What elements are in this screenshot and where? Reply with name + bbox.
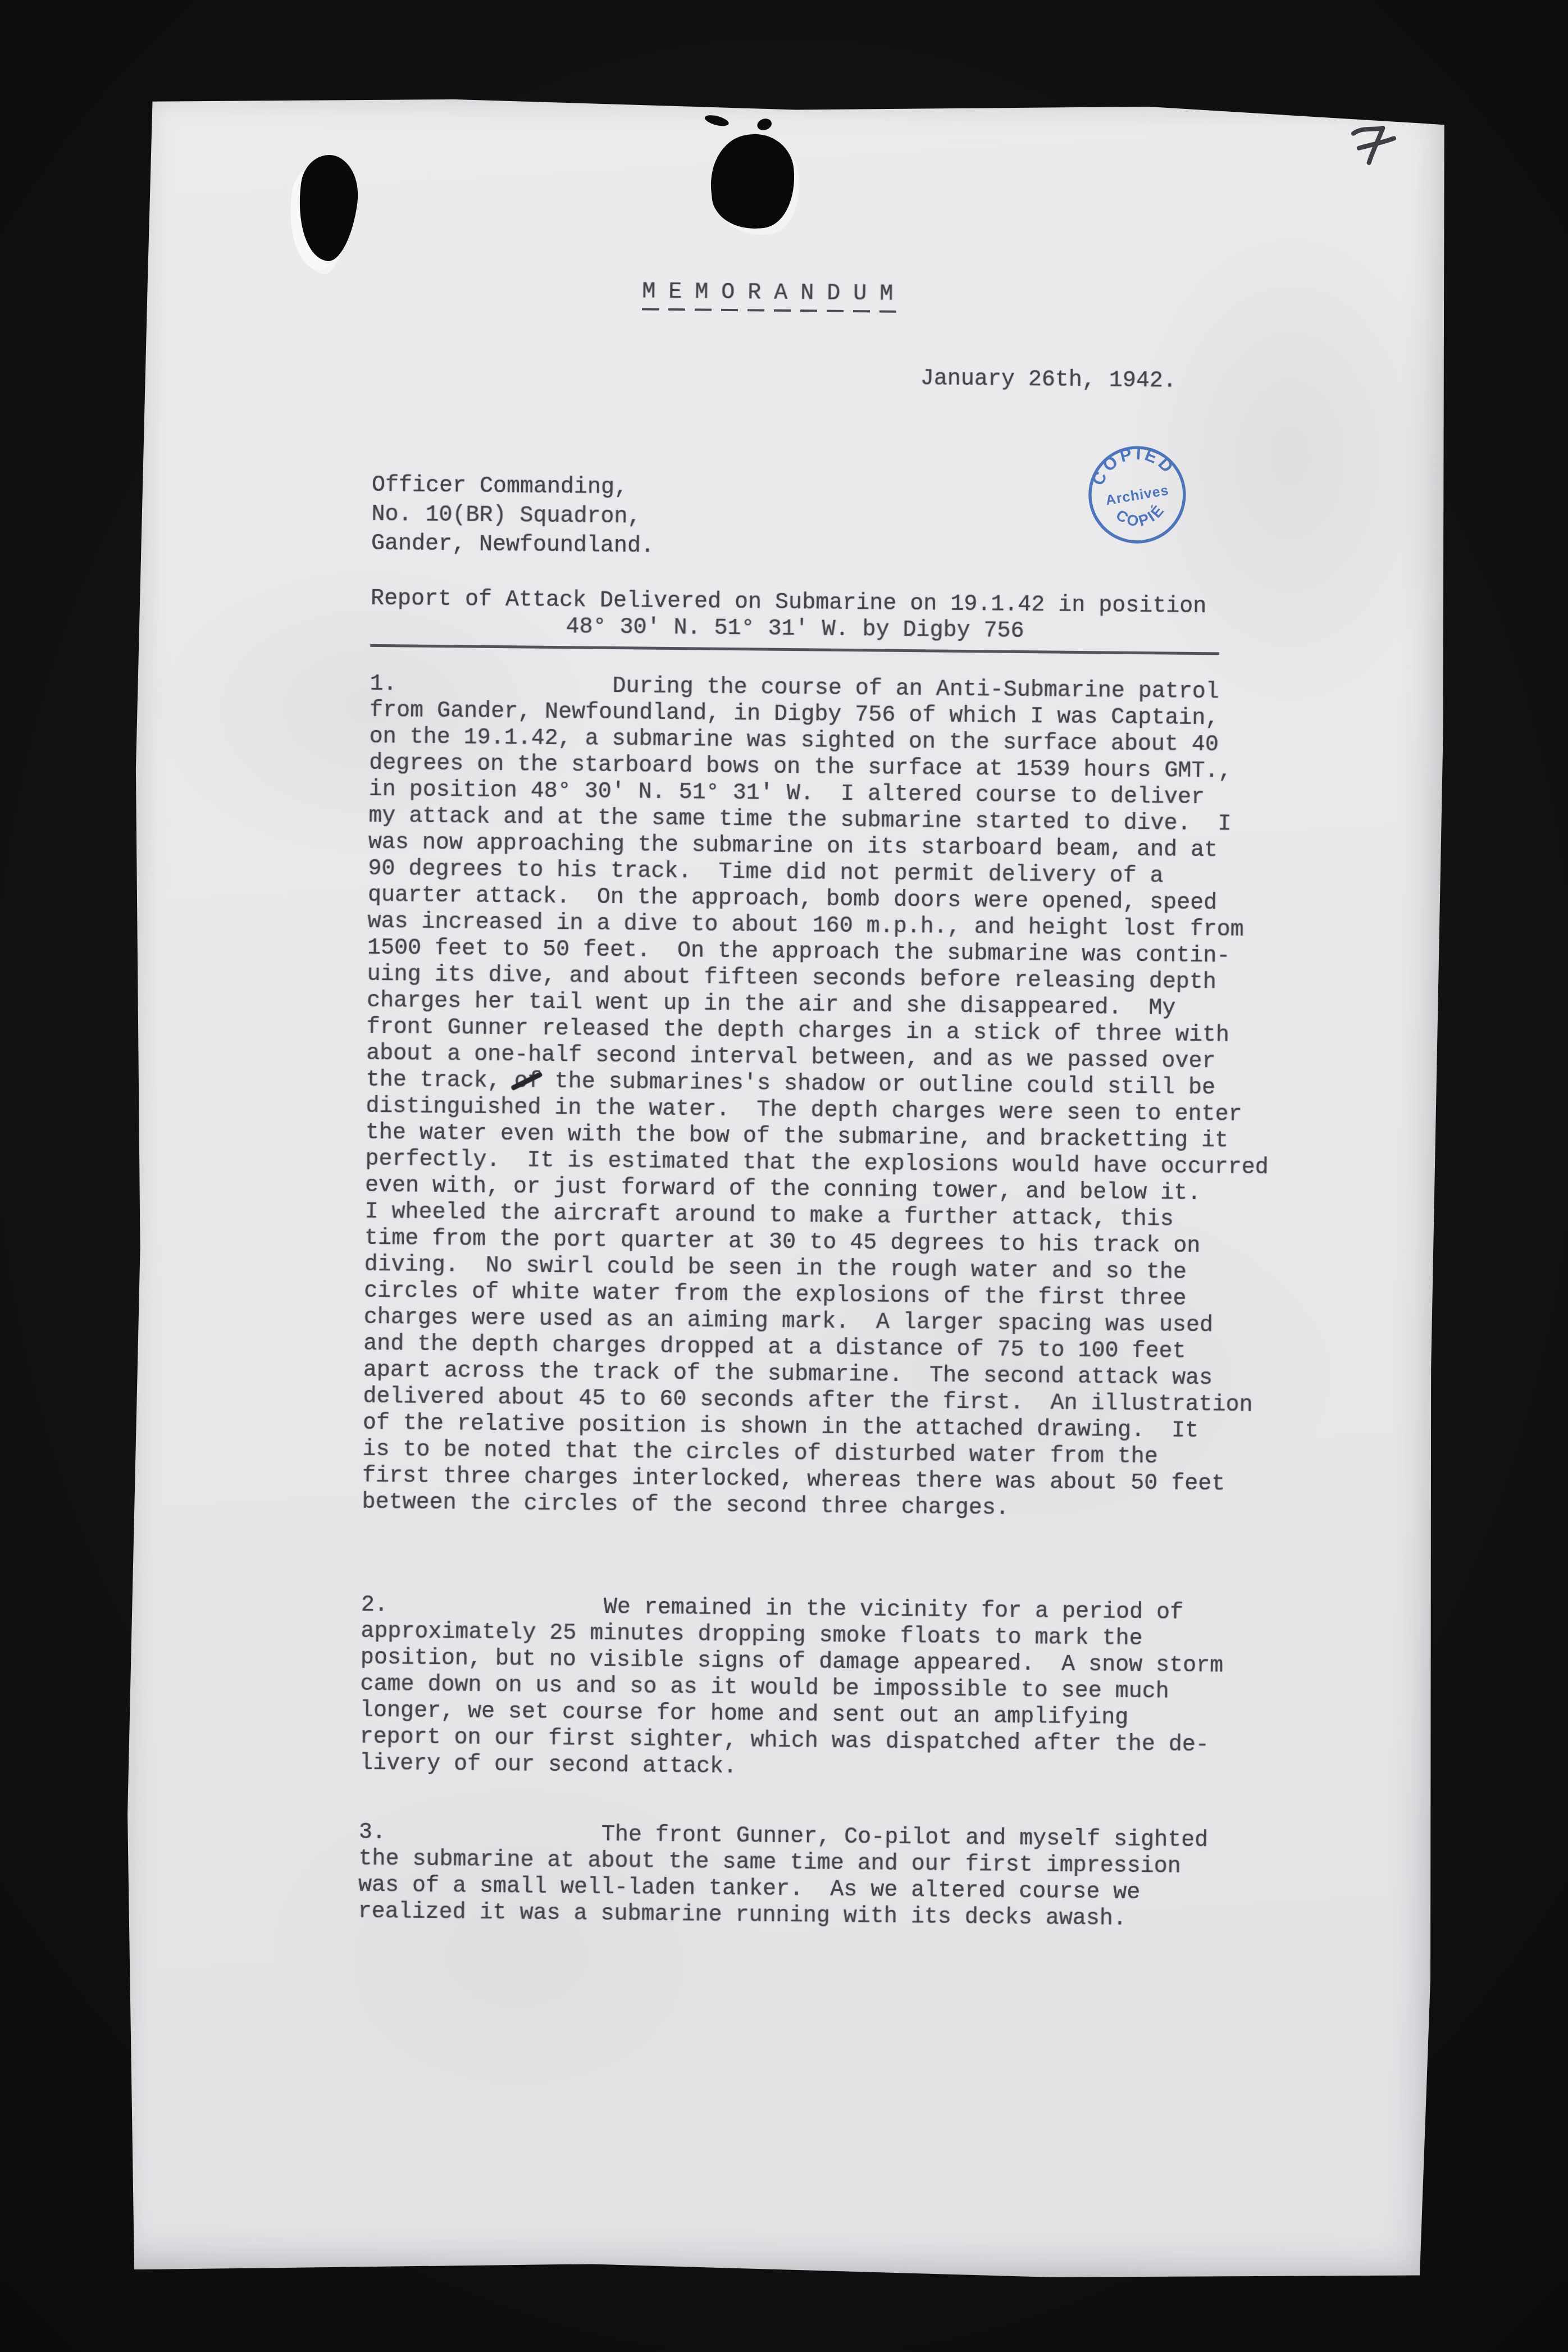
torn-slit-right — [756, 117, 773, 132]
address-line-3: Gander, Newfoundland. — [371, 531, 655, 559]
archives-copied-stamp: COPIED Archives COPIÉ — [1078, 436, 1196, 553]
struck-out-word: of — [514, 1068, 541, 1095]
memo-heading: MEMORANDUM — [642, 279, 906, 313]
memo-paragraph-1: 1. During the course of an Anti-Submarin… — [362, 671, 1273, 1524]
torn-hole-center — [706, 131, 799, 233]
memo-date: January 26th, 1942. — [920, 366, 1177, 394]
memo-paragraph-3: 3. The front Gunner, Co-pilot and myself… — [358, 1820, 1262, 1934]
address-line-1: Officer Commanding, — [372, 473, 628, 500]
memo-paragraph-2: 2. We remained in the vicinity for a per… — [359, 1592, 1264, 1785]
address-block: Officer Commanding, No. 10(BR) Squadron,… — [371, 471, 655, 562]
photo-background: MEMORANDUM January 26th, 1942. Officer C… — [0, 0, 1568, 2352]
subject-block: Report of Attack Delivered on Submarine … — [370, 586, 1220, 655]
torn-hole-left — [291, 152, 363, 264]
memo-body: 1. During the course of an Anti-Submarin… — [358, 671, 1273, 1934]
address-line-2: No. 10(BR) Squadron, — [371, 502, 641, 530]
torn-slit-left — [704, 113, 730, 128]
handwritten-seven-mark — [1347, 121, 1402, 170]
stamp-middle-text: Archives — [1105, 482, 1170, 508]
memo-page: MEMORANDUM January 26th, 1942. Officer C… — [120, 94, 1450, 2284]
